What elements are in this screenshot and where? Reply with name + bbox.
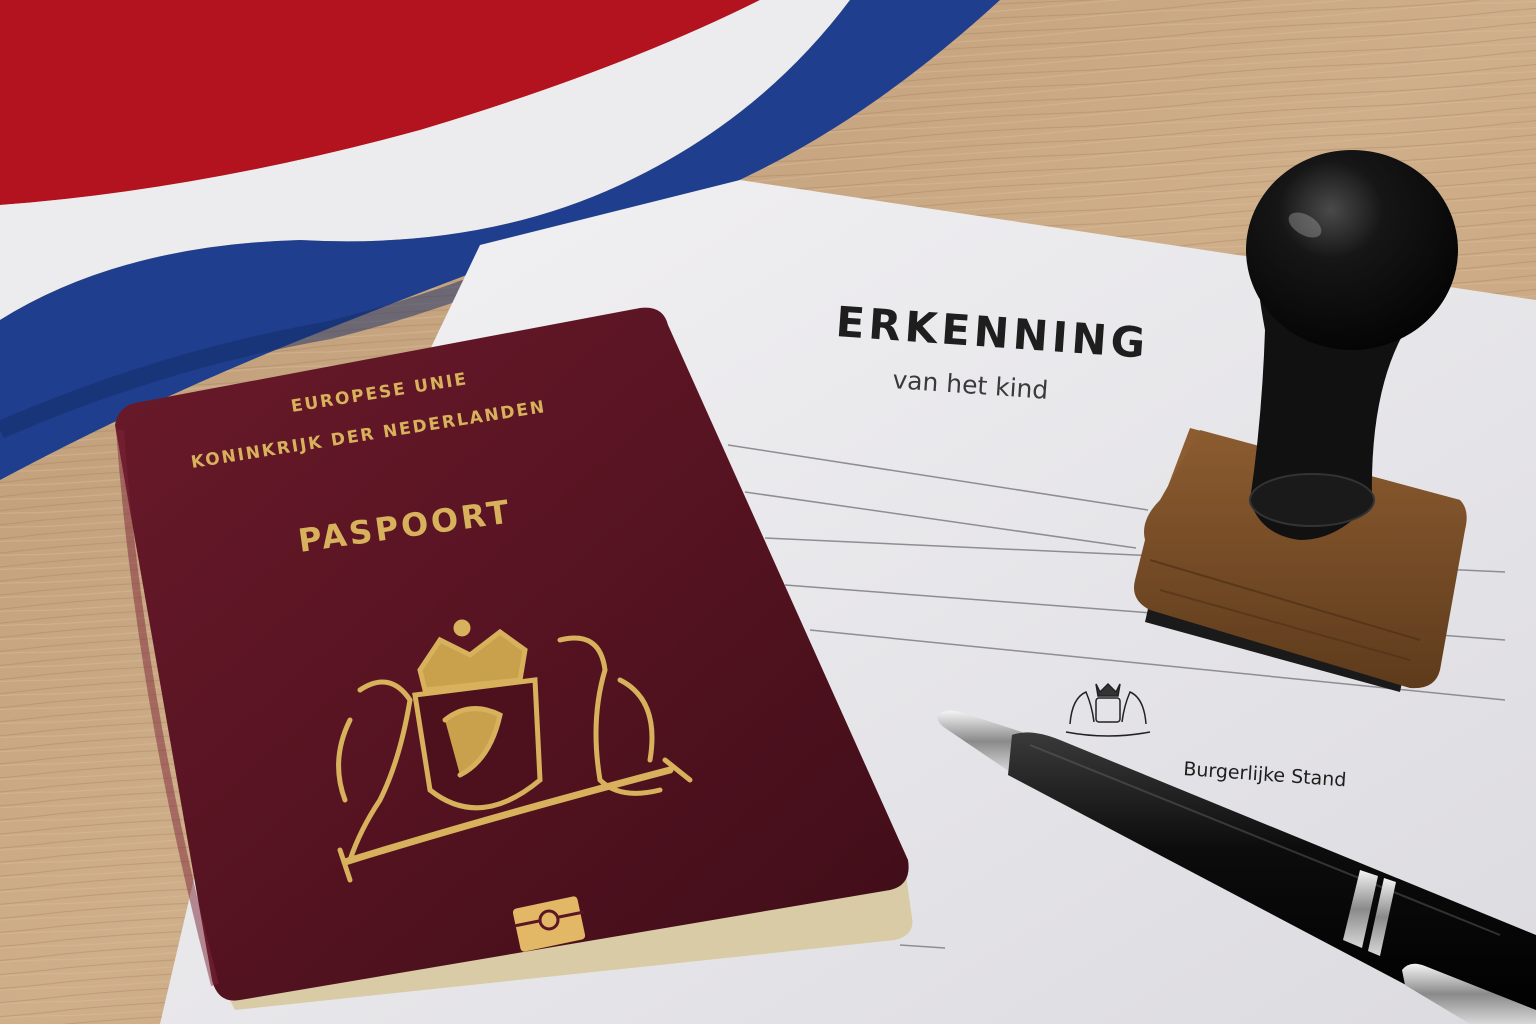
- stamp-knob: [1246, 150, 1458, 350]
- photo-scene: ERKENNING van het kind Burgerlijke Stand…: [0, 0, 1536, 1024]
